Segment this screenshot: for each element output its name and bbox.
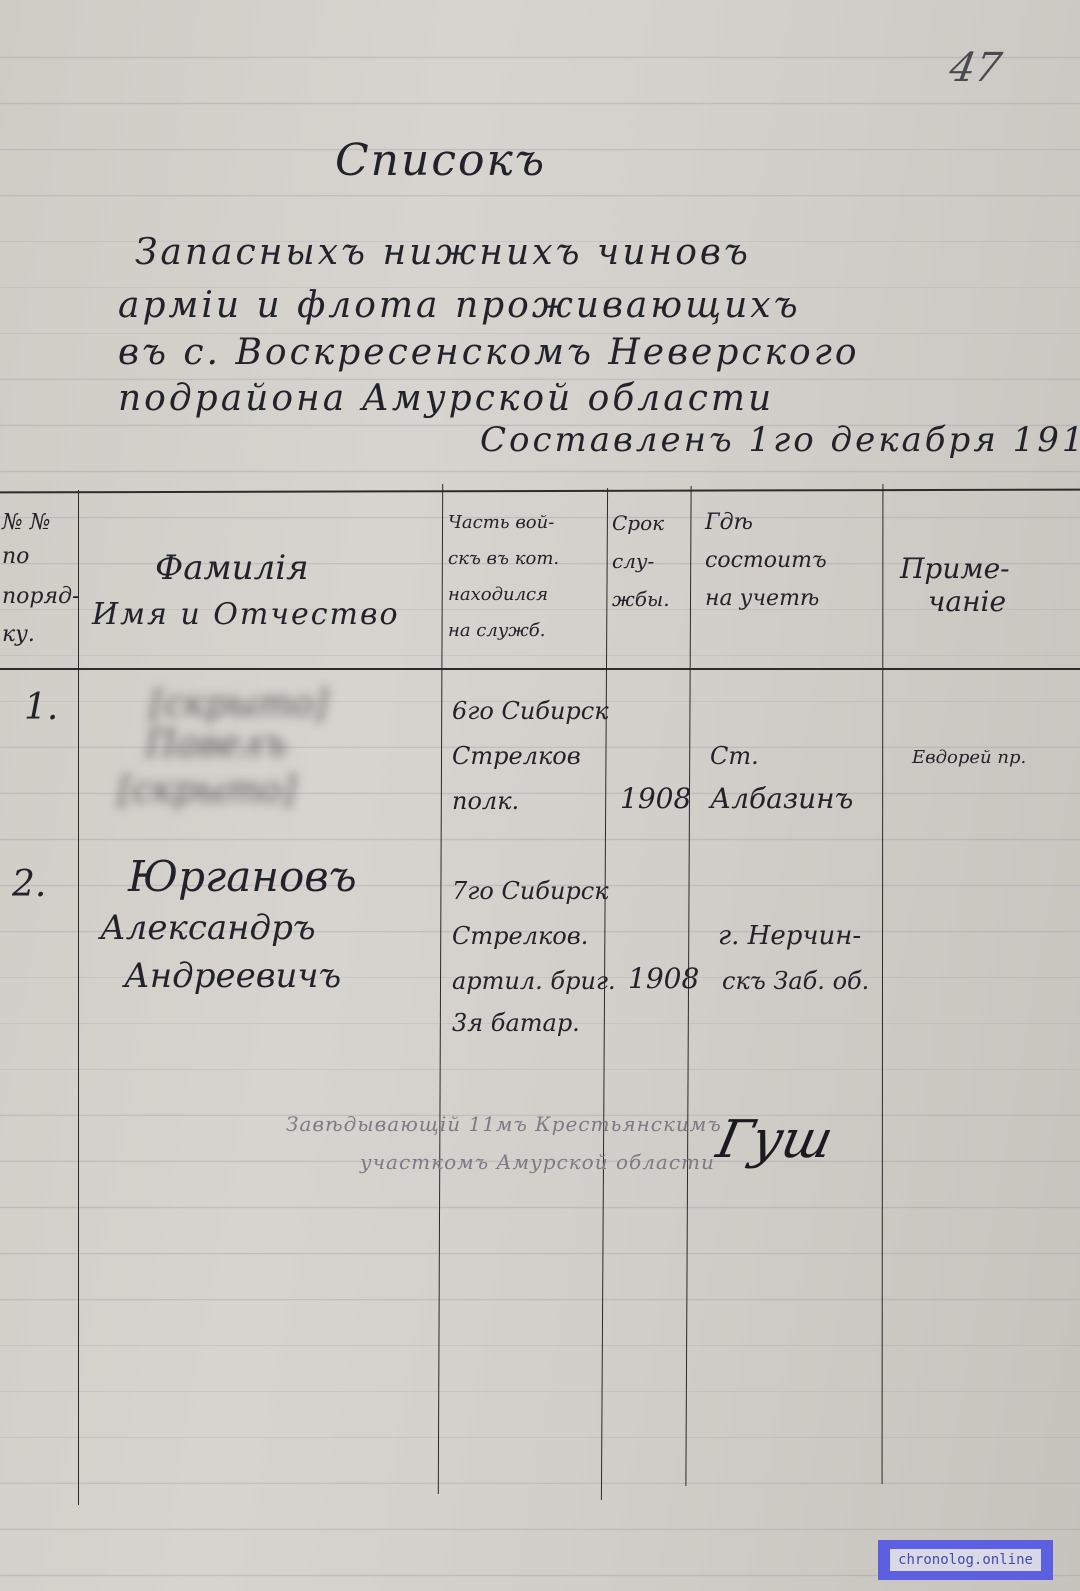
- header-name-patronymic: Имя и Отчество: [92, 597, 400, 632]
- signature: Гуш: [712, 1110, 839, 1170]
- intro-line-3: въ с. Воскресенскомъ Неверского: [118, 332, 860, 373]
- row-unit-line-4: 3я батар.: [452, 1000, 580, 1046]
- row-number: 2.: [12, 862, 46, 908]
- intro-line-2: арміи и флота проживающихъ: [118, 285, 801, 326]
- row-location-line-2: скъ Заб. об.: [722, 958, 869, 1004]
- row-name-surname: Юргановъ: [128, 852, 357, 901]
- row-unit-line-3: полк.: [452, 778, 519, 824]
- header-number: № № по поряд- ку.: [2, 500, 79, 658]
- row-term: 1908: [628, 956, 699, 1002]
- document-title: Списокъ: [335, 135, 546, 186]
- header-bottom-border: [0, 668, 1080, 670]
- intro-line-4: подрайона Амурской области: [118, 378, 774, 419]
- column-divider-5: [882, 484, 884, 1484]
- row-name-first: Александръ: [100, 908, 316, 948]
- row-location-line-2: Албазинъ: [710, 776, 853, 822]
- watermark-text: chronolog.online: [890, 1549, 1041, 1571]
- compiled-date: Составленъ 1го декабря 1912 г.: [480, 420, 1080, 460]
- column-divider-2: [438, 484, 443, 1494]
- header-term: Срок слу- жбы.: [612, 500, 670, 622]
- row-name-patronymic: Андреевичъ: [124, 956, 341, 996]
- page-number: 47: [946, 45, 1005, 91]
- row-unit-line-1: 6го Сибирск: [452, 688, 609, 734]
- official-stamp-line-2: участкомъ Амурской области: [360, 1150, 715, 1174]
- row-unit-line-3: артил. бриг.: [452, 958, 616, 1004]
- row-name-patronymic: [скрыто]: [118, 768, 296, 814]
- header-surname: Фамилія: [155, 548, 309, 588]
- row-term: 1908: [620, 776, 691, 822]
- header-unit: Часть вой- скъ въ кот. находился на служ…: [448, 500, 559, 654]
- row-name-first: Павелъ: [145, 722, 287, 768]
- header-note: Приме- чаніе: [900, 552, 1010, 618]
- row-note: Евдорей пр.: [912, 735, 1026, 781]
- row-unit-line-2: Стрелков: [452, 733, 581, 779]
- row-unit-line-2: Стрелков.: [452, 913, 588, 959]
- row-number: 1.: [24, 685, 58, 731]
- header-location: Гдѣ состоитъ на учетѣ: [705, 500, 827, 622]
- row-location-line-1: Ст.: [710, 733, 759, 779]
- official-stamp-line-1: Завѣдывающій 11мъ Крестьянскимъ: [286, 1112, 722, 1136]
- watermark-badge: chronolog.online: [878, 1540, 1053, 1580]
- intro-line-1: Запасныхъ нижнихъ чиновъ: [135, 232, 751, 273]
- row-location-line-1: г. Нерчин-: [718, 913, 861, 959]
- table-top-border: [0, 489, 1080, 494]
- row-unit-line-1: 7го Сибирск: [452, 868, 609, 914]
